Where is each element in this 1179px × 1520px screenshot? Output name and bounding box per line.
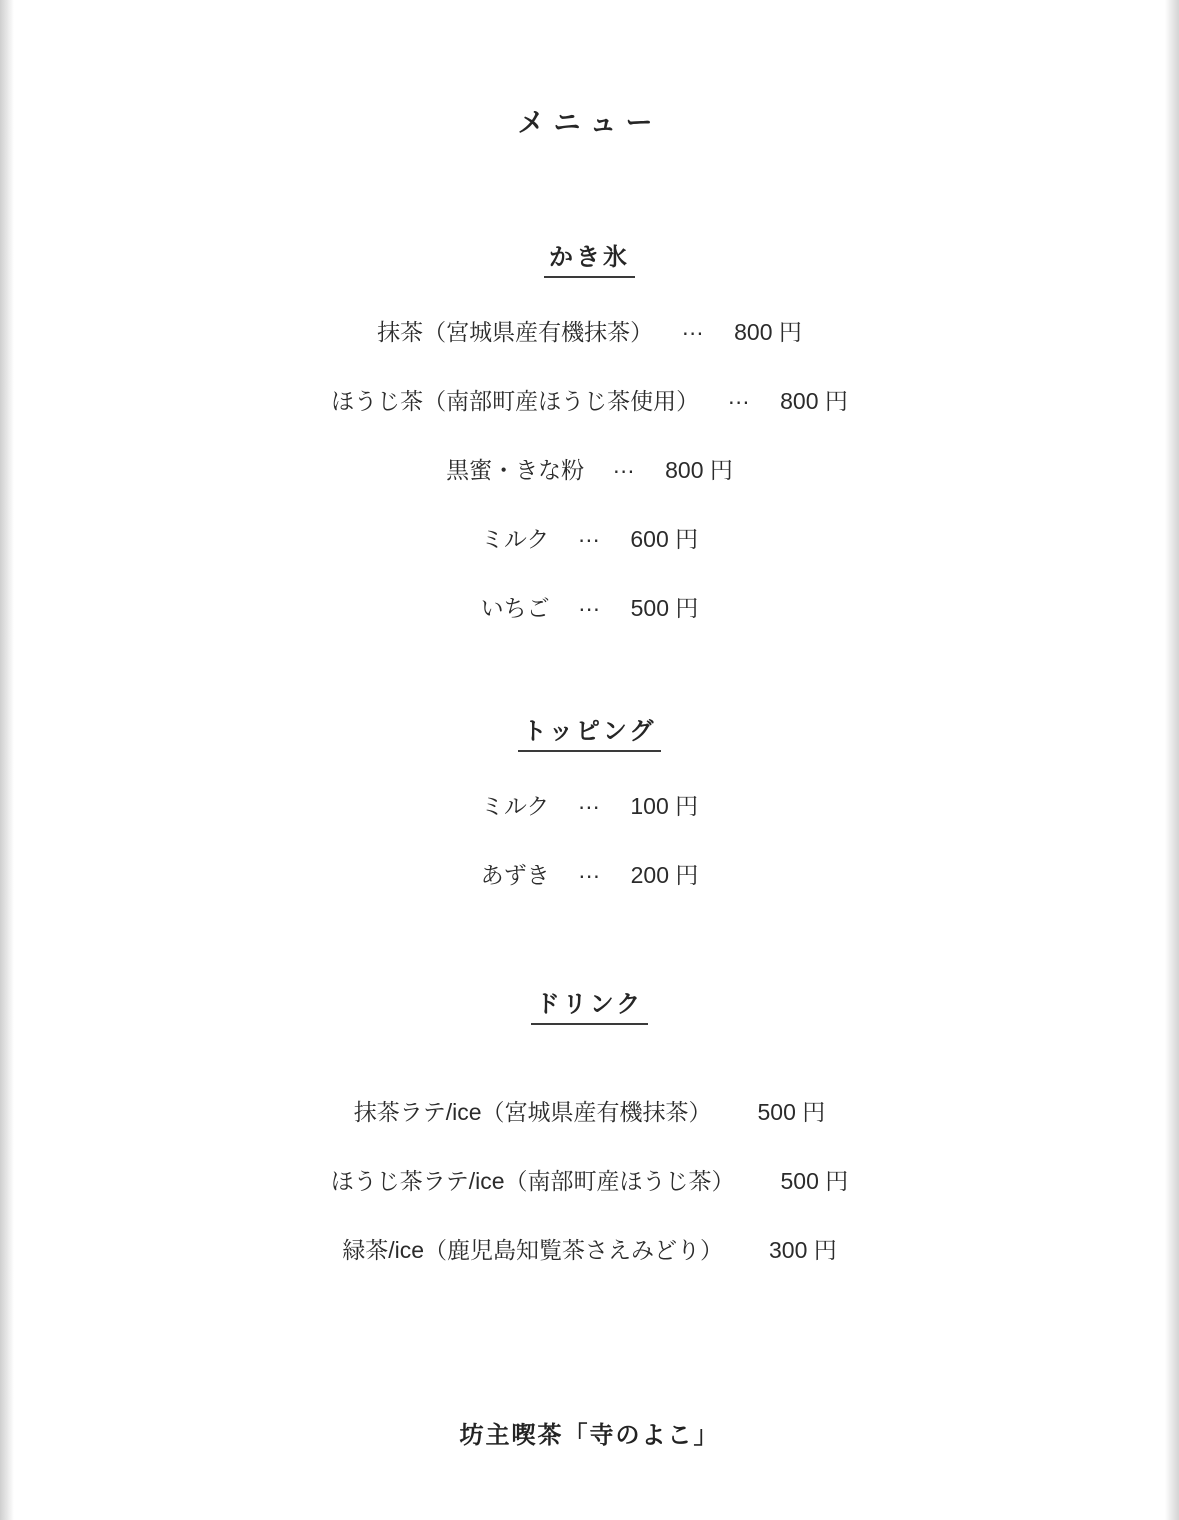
- menu-page: メニュー かき氷 抹茶（宮城県産有機抹茶） … 800 円 ほうじ茶（南部町産ほ…: [0, 0, 1179, 1520]
- item-name: ほうじ茶（南部町産ほうじ茶使用）: [331, 386, 699, 416]
- item-name: ミルク: [481, 524, 550, 554]
- item-price: 600 円: [630, 524, 698, 554]
- item-price: 300 円: [769, 1235, 837, 1265]
- page-title: メニュー: [0, 106, 1179, 140]
- item-name: 黒蜜・きな粉: [446, 455, 584, 485]
- item-price: 800 円: [665, 455, 733, 485]
- item-price: 800 円: [780, 386, 848, 416]
- section-heading-drink: ドリンク: [531, 992, 649, 1025]
- item-price: 200 円: [631, 860, 699, 890]
- item-name: 抹茶ラテ/ice（宮城県産有機抹茶）: [354, 1097, 712, 1127]
- footer-shop-name: 坊主喫茶「寺のよこ」: [0, 1421, 1179, 1451]
- item-name: いちご: [481, 593, 550, 623]
- menu-item-kuromitsu-kinako: 黒蜜・きな粉 … 800 円: [0, 455, 1179, 485]
- item-name: 抹茶（宮城県産有機抹茶）: [377, 317, 653, 347]
- item-price: 500 円: [758, 1097, 826, 1127]
- section-heading-topping: トッピング: [518, 719, 662, 752]
- section-heading-wrap: トッピング: [0, 719, 1179, 752]
- section-heading-kakigori: かき氷: [544, 245, 635, 278]
- menu-item-hojicha: ほうじ茶（南部町産ほうじ茶使用） … 800 円: [0, 386, 1179, 416]
- menu-item-topping-milk: ミルク … 100 円: [0, 791, 1179, 821]
- item-dots: …: [578, 588, 603, 618]
- item-dots: …: [577, 519, 602, 549]
- section-heading-wrap: かき氷: [0, 245, 1179, 278]
- item-dots: …: [577, 786, 602, 816]
- menu-item-ichigo: いちご … 500 円: [0, 593, 1179, 623]
- item-price: 100 円: [630, 791, 698, 821]
- item-dots: …: [578, 855, 603, 885]
- section-heading-wrap: ドリンク: [0, 992, 1179, 1025]
- item-price: 500 円: [631, 593, 699, 623]
- item-dots: …: [727, 381, 752, 411]
- menu-item-matcha: 抹茶（宮城県産有機抹茶） … 800 円: [0, 317, 1179, 347]
- item-dots: …: [612, 450, 637, 480]
- menu-item-hojicha-latte: ほうじ茶ラテ/ice（南部町産ほうじ茶） 500 円: [0, 1166, 1179, 1196]
- item-price: 500 円: [781, 1166, 849, 1196]
- menu-item-ryokucha: 緑茶/ice（鹿児島知覧茶さえみどり） 300 円: [0, 1235, 1179, 1265]
- item-name: 緑茶/ice（鹿児島知覧茶さえみどり）: [342, 1235, 723, 1265]
- menu-item-matcha-latte: 抹茶ラテ/ice（宮城県産有機抹茶） 500 円: [0, 1097, 1179, 1127]
- menu-item-topping-azuki: あずき … 200 円: [0, 860, 1179, 890]
- item-price: 800 円: [734, 317, 802, 347]
- item-name: ミルク: [481, 791, 550, 821]
- section-kakigori: かき氷 抹茶（宮城県産有機抹茶） … 800 円 ほうじ茶（南部町産ほうじ茶使用…: [0, 245, 1179, 623]
- item-dots: …: [681, 312, 706, 342]
- menu-item-milk: ミルク … 600 円: [0, 524, 1179, 554]
- item-name: あずき: [481, 860, 550, 890]
- item-name: ほうじ茶ラテ/ice（南部町産ほうじ茶）: [331, 1166, 735, 1196]
- section-drink: ドリンク 抹茶ラテ/ice（宮城県産有機抹茶） 500 円 ほうじ茶ラテ/ice…: [0, 992, 1179, 1265]
- section-topping: トッピング ミルク … 100 円 あずき … 200 円: [0, 719, 1179, 890]
